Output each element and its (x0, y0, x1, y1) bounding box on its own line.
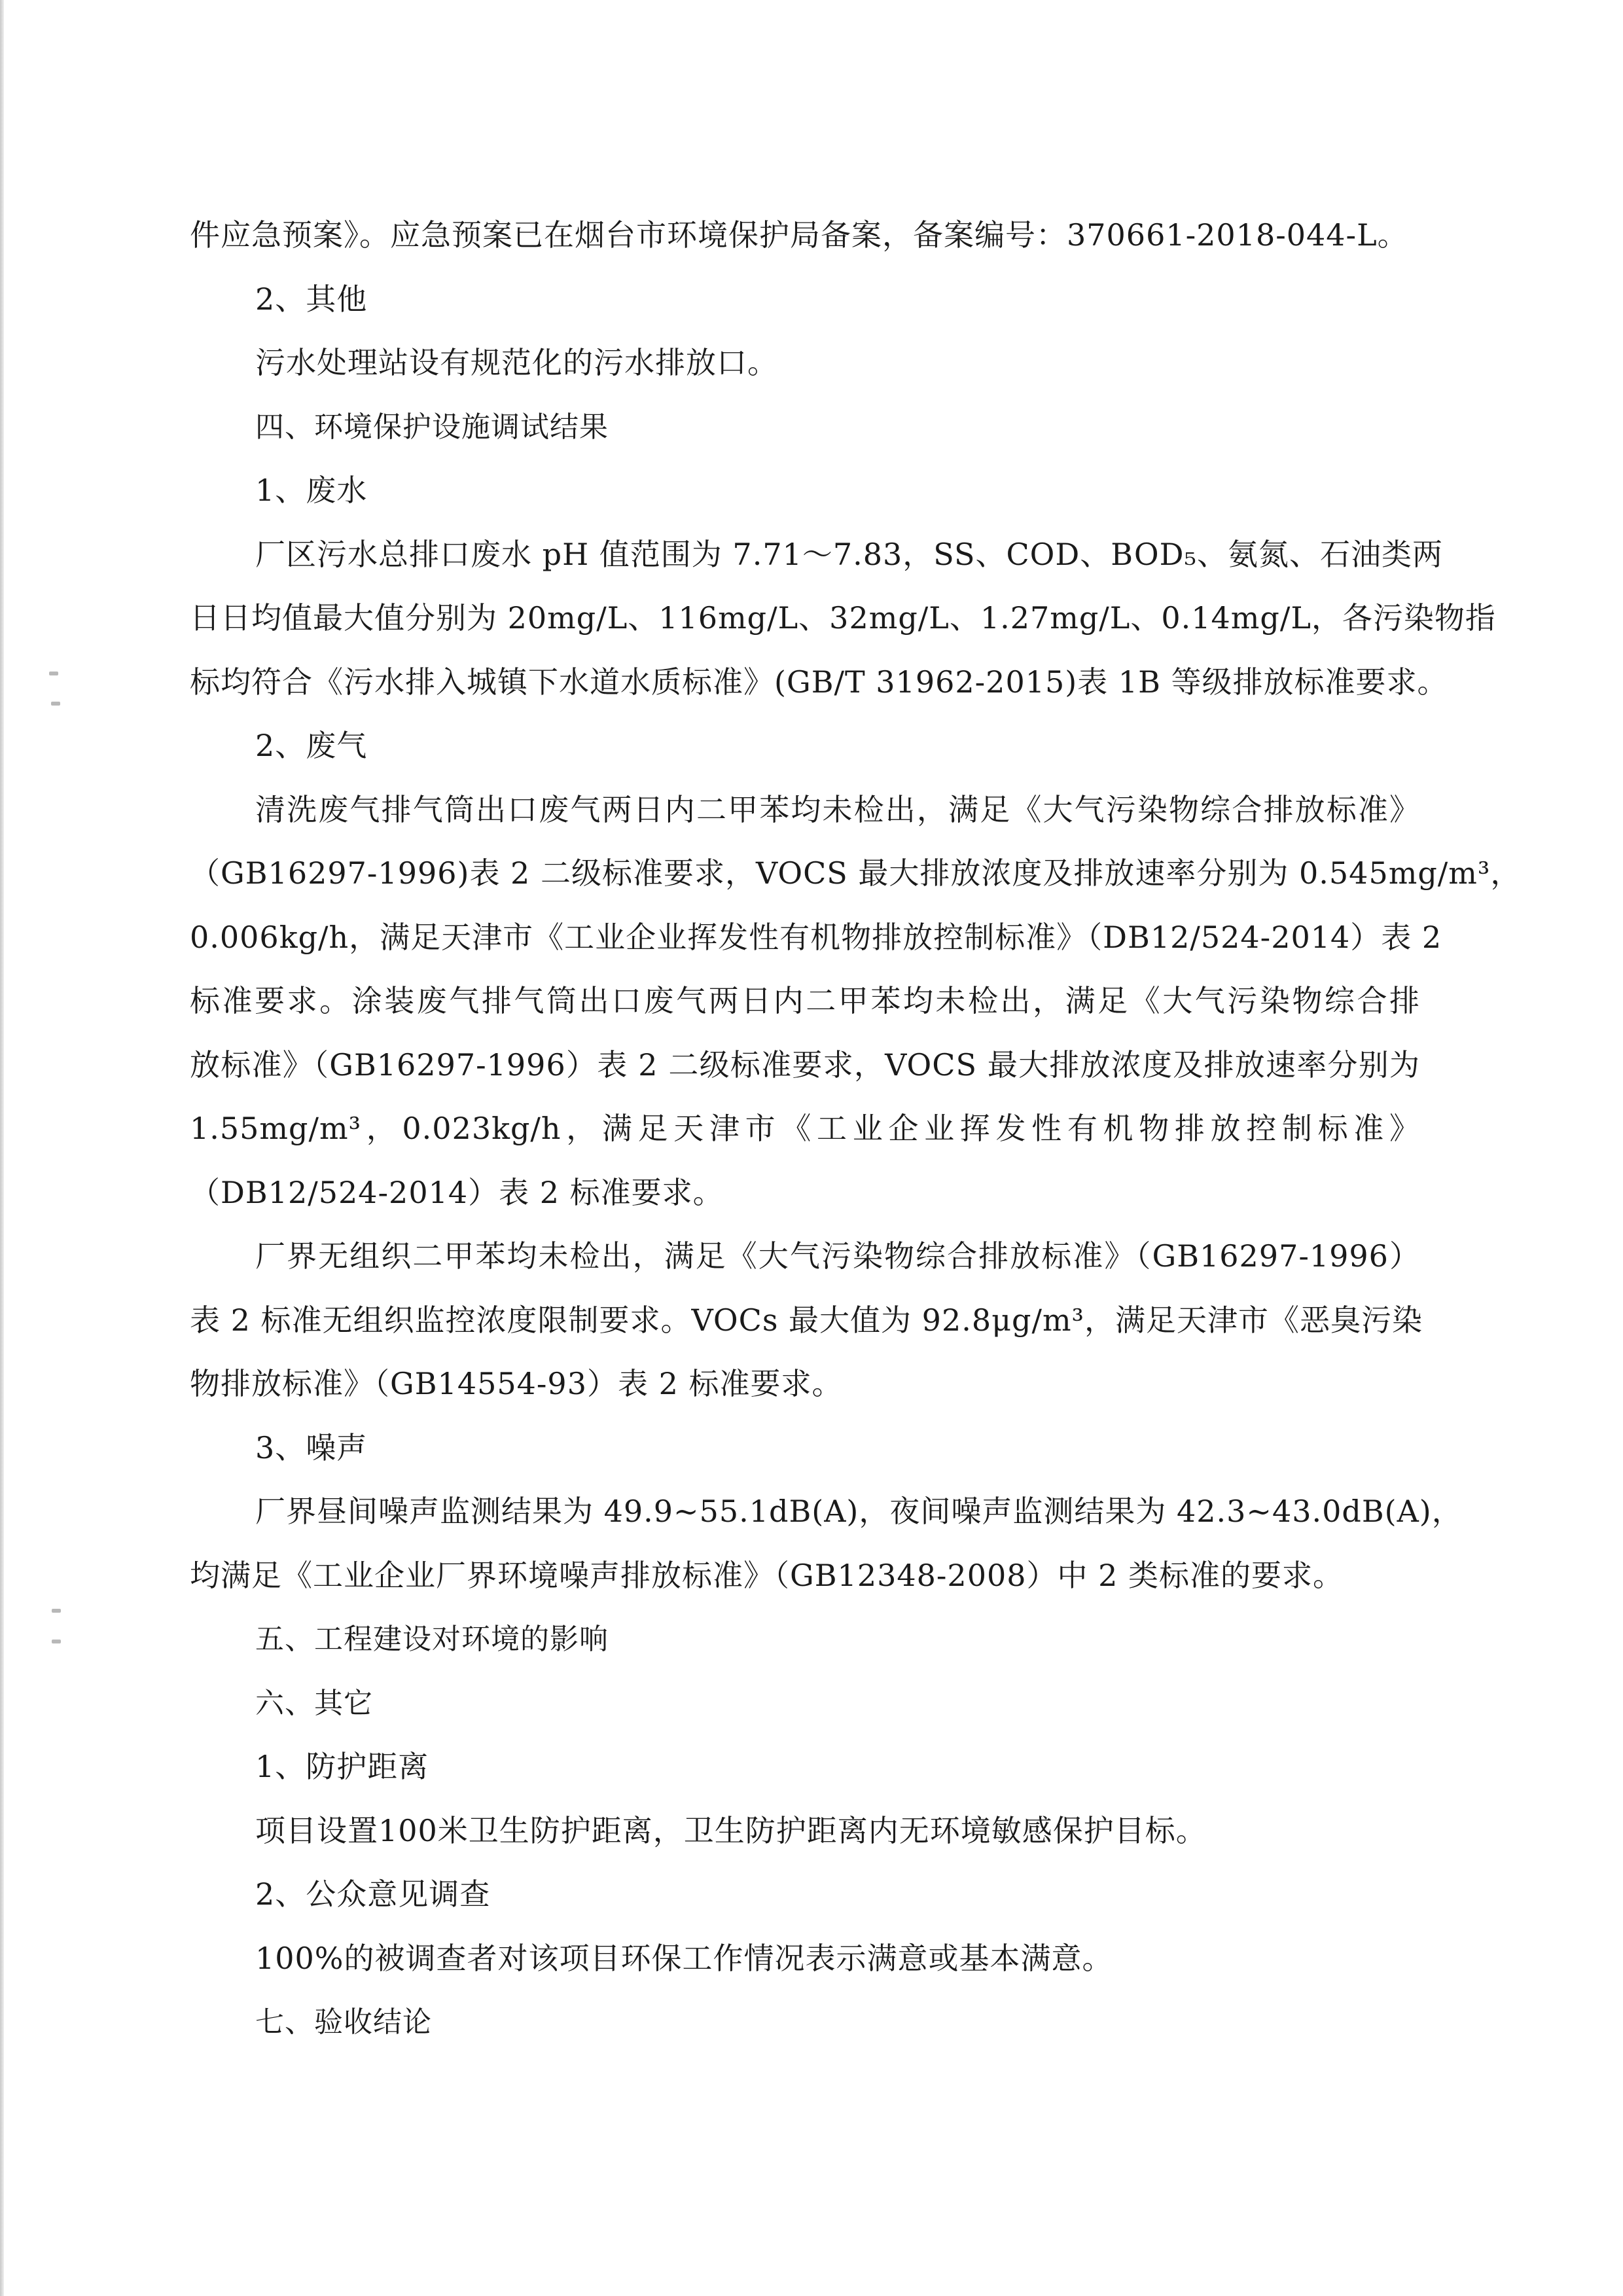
paragraph-noise-line: 均满足《工业企业厂界环境噪声排放标准》（GB12348-2008）中 2 类标准… (190, 1544, 1420, 1608)
subheading-public-survey: 2、公众意见调查 (190, 1863, 1420, 1927)
paragraph-wastewater-line: 厂区污水总排口废水 pH 值范围为 7.71～7.83，SS、COD、BOD₅、… (190, 523, 1420, 587)
section-heading-7: 七、验收结论 (190, 1990, 1420, 2054)
section-heading-5: 五、工程建设对环境的影响 (190, 1607, 1420, 1672)
paragraph-fugitive-line: 物排放标准》（GB14554-93）表 2 标准要求。 (190, 1352, 1420, 1416)
paragraph-waste-gas-line: （DB12/524-2014）表 2 标准要求。 (190, 1161, 1420, 1225)
section-heading-6: 六、其它 (190, 1672, 1420, 1736)
margin-mark (51, 702, 60, 706)
paragraph-waste-gas-line: 0.006kg/h，满足天津市《工业企业挥发性有机物排放控制标准》（DB12/5… (190, 906, 1420, 970)
paragraph-noise-line: 厂界昼间噪声监测结果为 49.9~55.1dB(A)，夜间噪声监测结果为 42.… (190, 1480, 1420, 1544)
paragraph-waste-gas-line: 1.55mg/m³，0.023kg/h，满足天津市《工业企业挥发性有机物排放控制… (190, 1097, 1420, 1161)
subheading-wastewater: 1、废水 (190, 459, 1420, 523)
text-line-continuation: 件应急预案》。应急预案已在烟台市环境保护局备案，备案编号：370661-2018… (190, 204, 1420, 268)
subheading-other: 2、其他 (190, 268, 1420, 332)
subheading-protection-distance: 1、防护距离 (190, 1735, 1420, 1799)
subheading-noise: 3、噪声 (190, 1416, 1420, 1480)
paragraph-wastewater-line: 标均符合《污水排入城镇下水道水质标准》(GB/T 31962-2015)表 1B… (190, 651, 1420, 715)
paragraph-waste-gas-line: 放标准》（GB16297-1996）表 2 二级标准要求，VOCS 最大排放浓度… (190, 1033, 1420, 1098)
paragraph-waste-gas-line: 清洗废气排气筒出口废气两日内二甲苯均未检出，满足《大气污染物综合排放标准》 (190, 778, 1420, 842)
paragraph-sewage-outlet: 污水处理站设有规范化的污水排放口。 (190, 331, 1420, 395)
scan-edge-artifact (0, 0, 4, 2296)
document-page: 件应急预案》。应急预案已在烟台市环境保护局备案，备案编号：370661-2018… (190, 204, 1420, 2054)
margin-mark (52, 1609, 61, 1613)
paragraph-waste-gas-line: （GB16297-1996)表 2 二级标准要求，VOCS 最大排放浓度及排放速… (190, 842, 1420, 906)
subheading-waste-gas: 2、废气 (190, 714, 1420, 778)
margin-mark (52, 1640, 61, 1643)
margin-mark (49, 672, 58, 675)
paragraph-wastewater-line: 日日均值最大值分别为 20mg/L、116mg/L、32mg/L、1.27mg/… (190, 586, 1420, 651)
paragraph-waste-gas-line: 标准要求。涂装废气排气筒出口废气两日内二甲苯均未检出，满足《大气污染物综合排 (190, 969, 1420, 1033)
paragraph-fugitive-line: 厂界无组织二甲苯均未检出，满足《大气污染物综合排放标准》（GB16297-199… (190, 1225, 1420, 1289)
paragraph-fugitive-line: 表 2 标准无组织监控浓度限制要求。VOCs 最大值为 92.8μg/m³，满足… (190, 1289, 1420, 1353)
section-heading-4: 四、环境保护设施调试结果 (190, 395, 1420, 459)
paragraph-protection-distance: 项目设置100米卫生防护距离，卫生防护距离内无环境敏感保护目标。 (190, 1799, 1420, 1863)
paragraph-public-survey: 100%的被调查者对该项目环保工作情况表示满意或基本满意。 (190, 1927, 1420, 1991)
